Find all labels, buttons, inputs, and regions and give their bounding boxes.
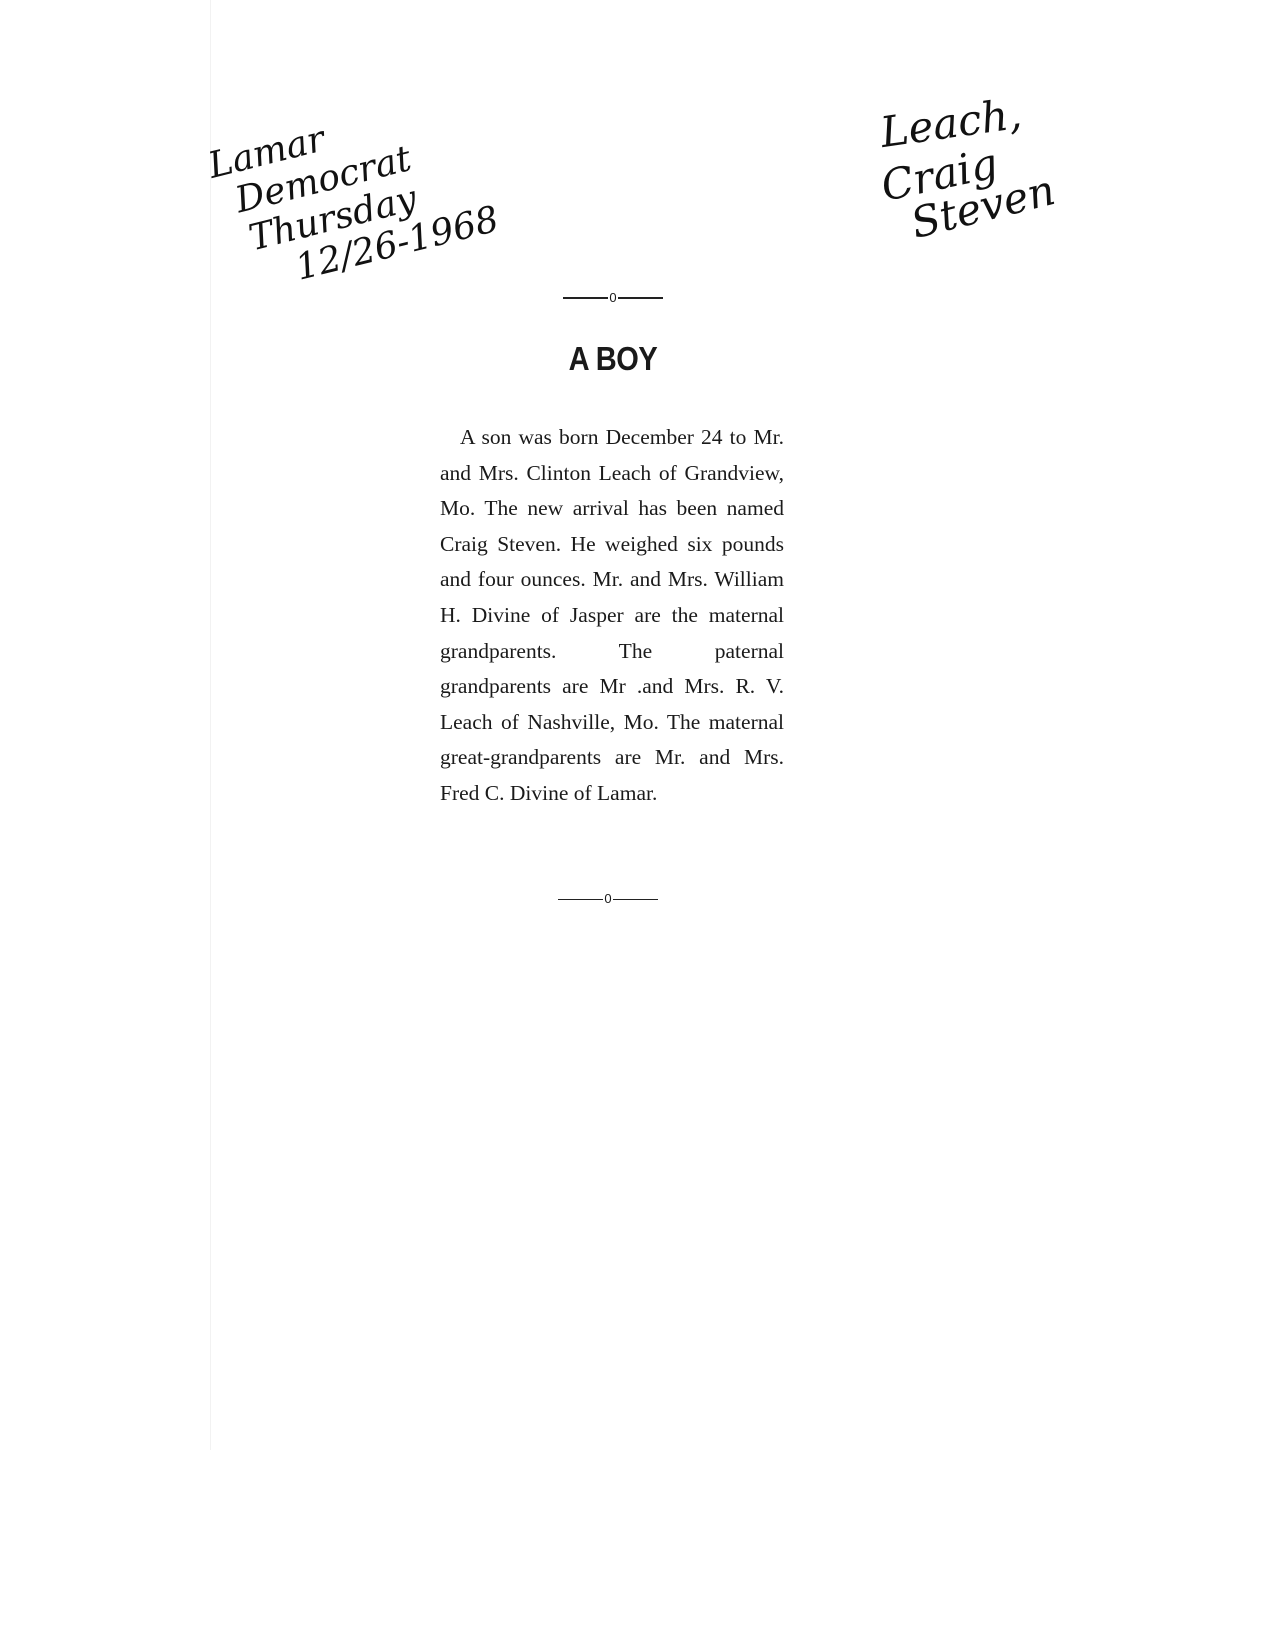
handwritten-name-note: Leach, Craig Steven [880, 100, 1056, 228]
handwritten-source-note: Lamar Democrat Thursday 12/26-1968 [205, 75, 554, 344]
bottom-divider: 0 [558, 893, 658, 905]
headline: A BOY [461, 340, 765, 378]
article-body: A son was born December 24 to Mr. and Mr… [440, 420, 784, 812]
article-paragraph: A son was born December 24 to Mr. and Mr… [440, 420, 784, 812]
scan-edge [210, 0, 211, 1450]
top-divider: 0 [563, 292, 663, 304]
